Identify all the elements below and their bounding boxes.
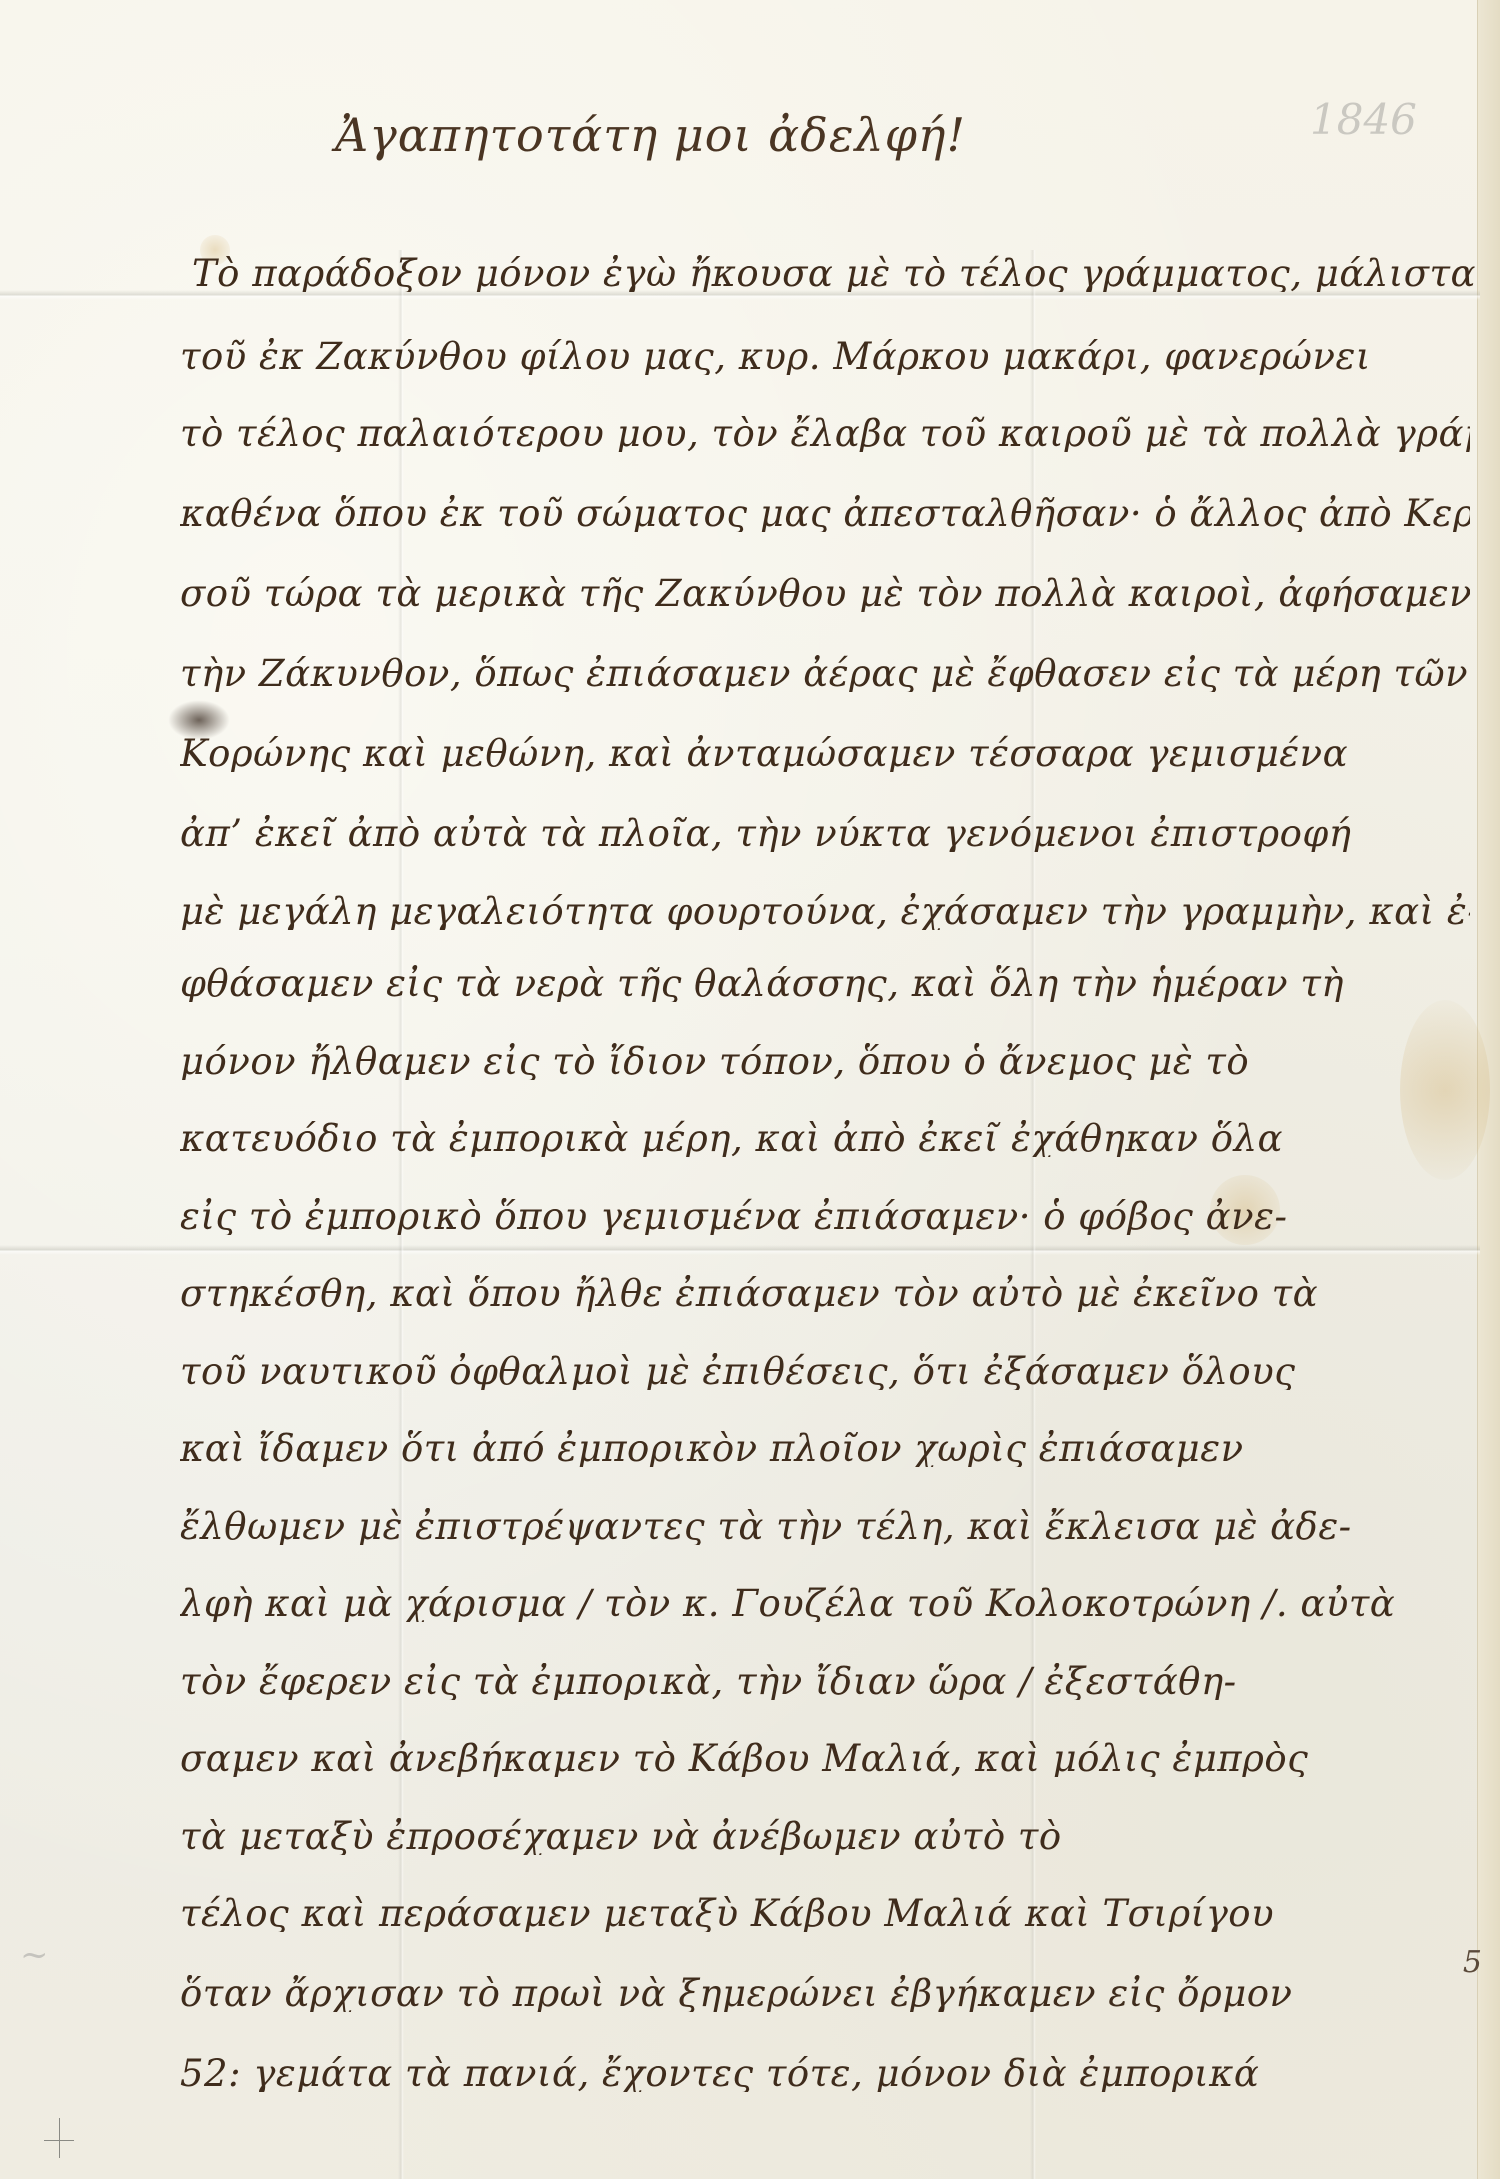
letter-line: καὶ ἴδαμεν ὅτι ἀπό ἐμπορικὸν πλοῖον χωρὶ… (180, 1430, 1470, 1467)
letter-line: κατευόδιο τὰ ἐμπορικὰ μέρη, καὶ ἀπὸ ἐκεῖ… (180, 1120, 1470, 1157)
letter-line: ἔλθωμεν μὲ ἐπιστρέψαντες τὰ τὴν τέλη, κα… (180, 1508, 1470, 1545)
margin-mark: 5 (1463, 1945, 1482, 1980)
letter-line: μὲ μεγάλη μεγαλειότητα φουρτούνα, ἐχάσαμ… (180, 893, 1470, 930)
letter-line: τὴν Ζάκυνθον, ὅπως ἐπιάσαμεν ἀέρας μὲ ἔφ… (180, 655, 1470, 692)
letter-line: 52: γεμάτα τὰ πανιά, ἔχοντες τότε, μόνον… (180, 2055, 1470, 2092)
letter-line: ὅταν ἄρχισαν τὸ πρωὶ νὰ ξημερώνει ἐβγήκα… (180, 1975, 1470, 2012)
letter-line: τοῦ ναυτικοῦ ὀφθαλμοὶ μὲ ἐπιθέσεις, ὅτι … (180, 1353, 1470, 1390)
letter-line: σαμεν καὶ ἀνεβήκαμεν τὸ Κάβου Μαλιά, καὶ… (180, 1740, 1470, 1777)
faint-pencil-scribble: ~ (20, 1935, 49, 1975)
letter-line: τὸ τέλος παλαιότερου μου, τὸν ἔλαβα τοῦ … (180, 415, 1470, 452)
ink-blot (168, 700, 230, 740)
letter-line: τοῦ ἐκ Ζακύνθου φίλου μας, κυρ. Μάρκου μ… (180, 338, 1470, 375)
cross-mark-icon (44, 2118, 74, 2158)
salutation: Ἀγαπητοτάτη μοι ἀδελφή! (335, 108, 966, 162)
letter-line: Κορώνης καὶ μεθώνη, καὶ ἀνταμώσαμεν τέσσ… (180, 735, 1470, 772)
letter-line: τὸν ἔφερεν εἰς τὰ ἐμπορικὰ, τὴν ἴδιαν ὥρ… (180, 1663, 1470, 1700)
letter-line: λφὴ καὶ μὰ χάρισμα / τὸν κ. Γουζέλα τοῦ … (180, 1585, 1470, 1622)
letter-line: εἰς τὸ ἐμπορικὸ ὅπου γεμισμένα ἐπιάσαμεν… (180, 1198, 1470, 1235)
letter-line: στηκέσθη, καὶ ὅπου ἤλθε ἐπιάσαμεν τὸν αὐ… (180, 1275, 1470, 1312)
fold-crease-middle (0, 1245, 1480, 1255)
pencil-date-note: 1846 (1310, 95, 1417, 144)
letter-line: σοῦ τώρα τὰ μερικὰ τῆς Ζακύνθου μὲ τὸν π… (180, 575, 1470, 612)
letter-line: ἀπ’ ἐκεῖ ἀπὸ αὐτὰ τὰ πλοῖα, τὴν νύκτα γε… (180, 815, 1470, 852)
letter-line: φθάσαμεν εἰς τὰ νερὰ τῆς θαλάσσης, καὶ ὅ… (180, 965, 1470, 1002)
letter-line: καθένα ὅπου ἐκ τοῦ σώματος μας ἀπεσταλθῆ… (180, 495, 1470, 532)
letter-line: τὰ μεταξὺ ἐπροσέχαμεν νὰ ἀνέβωμεν αὐτὸ τ… (180, 1818, 1470, 1855)
letter-line: Τὸ παράδοξον μόνον ἐγὼ ἤκουσα μὲ τὸ τέλο… (192, 255, 1482, 292)
letter-line: μόνον ἤλθαμεν εἰς τὸ ἴδιον τόπον, ὅπου ὁ… (180, 1043, 1470, 1080)
letter-page: 1846 Ἀγαπητοτάτη μοι ἀδελφή! Τὸ παράδοξο… (0, 0, 1500, 2179)
letter-line: τέλος καὶ περάσαμεν μεταξὺ Κάβου Μαλιά κ… (180, 1895, 1470, 1932)
